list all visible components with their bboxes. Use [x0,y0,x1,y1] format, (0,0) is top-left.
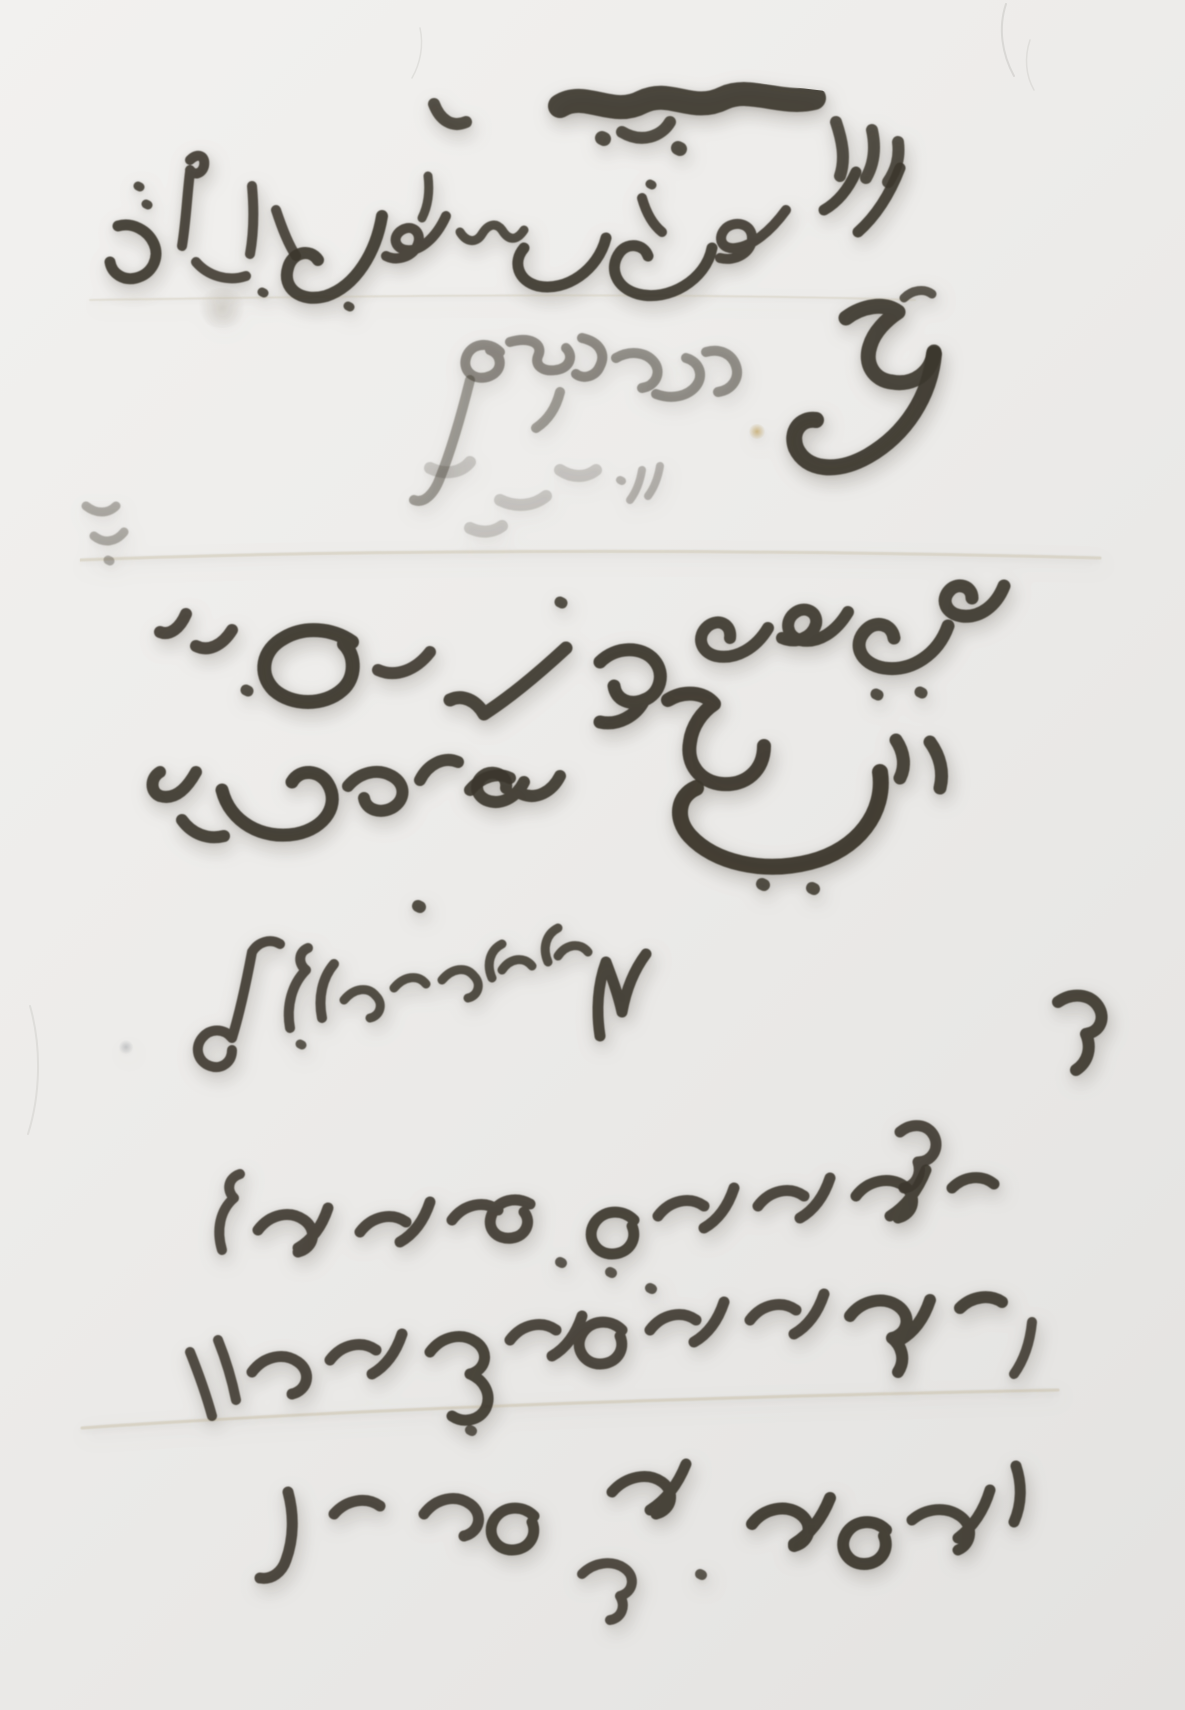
script-line-4 [160,614,430,673]
script-line-7 [658,1178,830,1228]
script-line-5 [477,773,560,802]
script-line-5 [153,772,225,837]
script-line-2 [287,216,382,298]
script-line-8 [1014,1322,1032,1374]
script-line-9 [752,1498,886,1564]
script-line-6 [489,928,588,978]
script-line-9 [612,1464,686,1514]
script-line-8 [252,1334,402,1394]
script-line-2 [110,225,156,279]
script-line-2 [196,186,296,278]
script-line-2 [386,216,446,258]
script-line-4 [600,650,660,723]
script-line-6 [598,954,646,1036]
paper-surface [0,0,1185,1710]
script-line-3-flourish [904,291,932,298]
script-line-6 [344,970,478,1018]
paper-crease [90,295,915,300]
script-line-2 [518,238,712,296]
script-line-9 [700,1574,702,1575]
script-line-6 [1058,996,1102,1070]
script-line-5 [668,694,764,785]
script-line-6 [300,1044,302,1045]
script-line-4 [859,586,1004,669]
script-line-8 [470,1288,652,1431]
ink-smudge [86,506,124,561]
ink-writing-layer [0,0,1185,1710]
script-line-7 [900,1126,936,1188]
script-line-7 [560,1262,612,1273]
script-line-6 [198,941,280,1067]
script-line-1 [560,94,814,107]
script-line-3-flourish [846,306,934,382]
paper-crease [80,551,1100,560]
script-line-2 [182,156,204,246]
script-line-5 [896,740,942,788]
script-line-7 [258,1208,328,1252]
script-line-7 [856,1170,994,1218]
script-line-6 [289,948,334,1028]
script-line-9 [912,1466,1020,1550]
script-line-9 [491,1508,534,1550]
script-line-3-faded [616,351,737,397]
script-line-3-faded [465,338,602,378]
script-line-9 [334,1499,479,1536]
script-line-1 [434,104,899,182]
paper-crease [82,1390,1058,1428]
script-line-9 [582,1563,632,1620]
ink-smudge [620,466,660,500]
script-line-5 [222,772,332,835]
script-line-4 [450,648,566,714]
script-line-8 [850,1297,1002,1372]
script-line-8 [190,1340,236,1416]
script-line-4 [701,610,848,657]
script-line-3-faded [414,380,560,501]
script-line-7 [360,1200,530,1242]
script-line-4 [264,630,352,702]
ink-smudge [430,462,596,532]
script-line-7 [219,1174,240,1250]
script-line-8 [650,1294,824,1342]
script-line-8 [510,1316,622,1364]
script-line-9 [260,1492,292,1578]
script-line-7 [591,1212,634,1254]
photo-background [0,0,1185,1710]
script-line-5 [418,884,814,907]
manuscript-fragment [0,0,1185,1710]
